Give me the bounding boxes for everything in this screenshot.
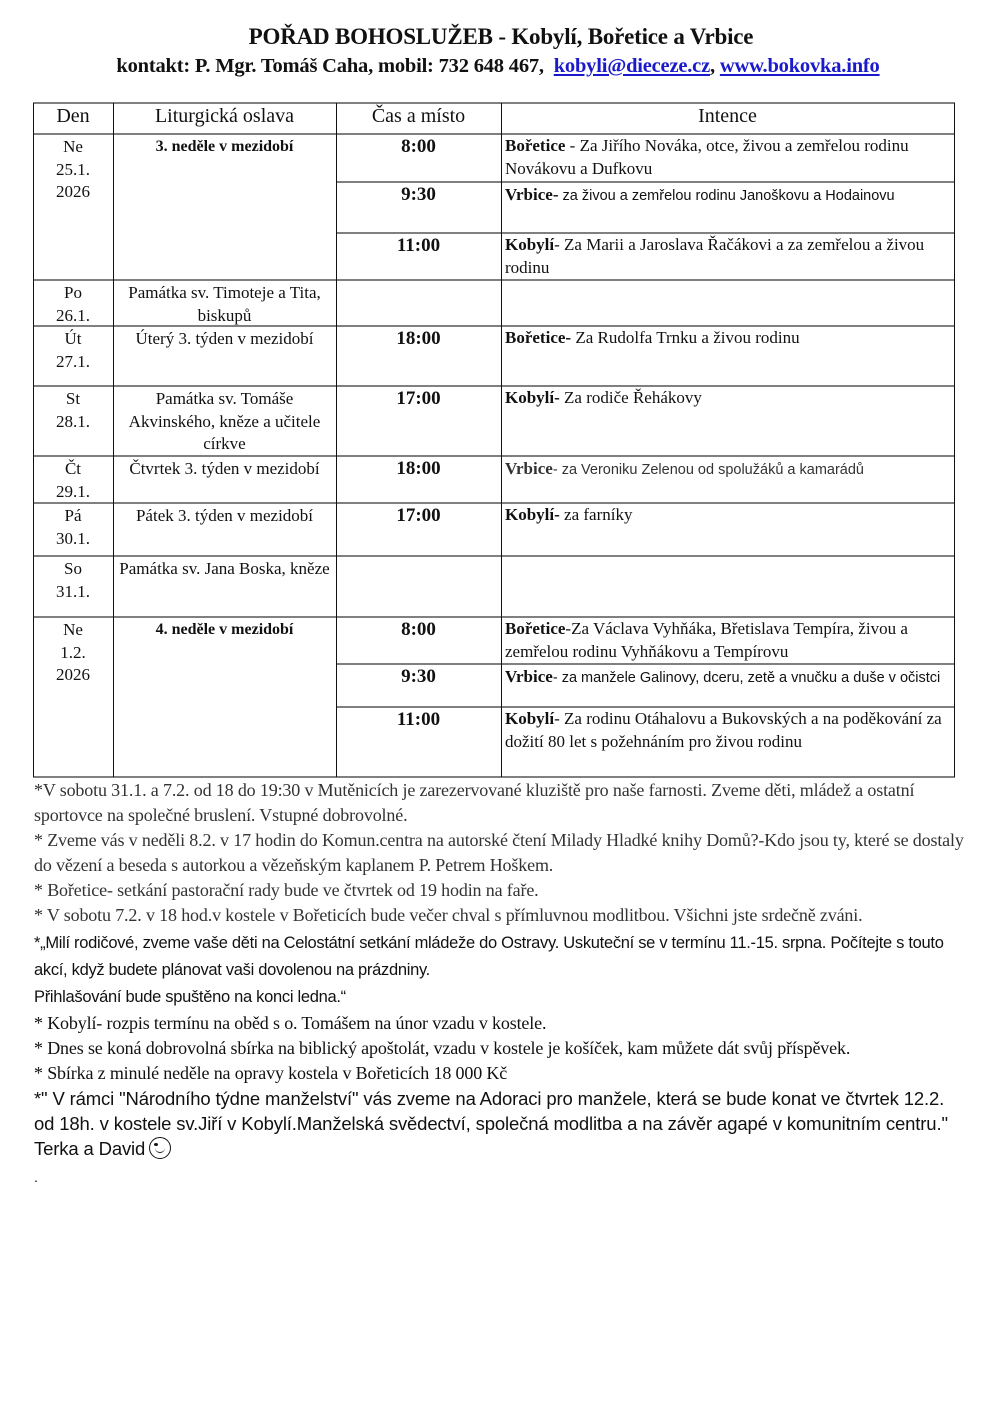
note-marriage-adoration: *" V rámci "Národního týdne manželství" … bbox=[34, 1086, 964, 1136]
mass-time: 18:00 bbox=[336, 327, 501, 351]
winking-smiley-icon bbox=[149, 1137, 171, 1159]
intention-text: za farníky bbox=[560, 505, 633, 524]
mass-place: Bořetice bbox=[505, 136, 565, 155]
intention-text: - za manžele Galinovy, dceru, zetě a vnu… bbox=[553, 670, 940, 686]
intention-cell: Kobylí- Za Marii a Jaroslava Řačákovi a … bbox=[502, 234, 951, 279]
intention-cell: Vrbice- za manžele Galinovy, dceru, zetě… bbox=[502, 665, 951, 688]
intention-cell: Bořetice- Za Rudolfa Trnku a živou rodin… bbox=[502, 327, 951, 350]
note-pastoral-council: * Bořetice- setkání pastorační rady bude… bbox=[34, 878, 964, 903]
mass-time: 11:00 bbox=[336, 234, 501, 258]
day-cell: Po26.1. bbox=[33, 282, 113, 327]
day-cell: So31.1. bbox=[33, 558, 113, 603]
intention-cell: Kobylí- za farníky bbox=[502, 504, 951, 527]
celebration-cell: 4. neděle v mezidobí bbox=[119, 619, 330, 642]
celebration-cell: Památka sv. Tomáše Akvinského, kněze a u… bbox=[119, 388, 330, 456]
table-grid-line bbox=[336, 103, 337, 777]
day-cell: St28.1. bbox=[33, 388, 113, 433]
mass-time: 11:00 bbox=[336, 708, 501, 732]
day-cell: Čt29.1. bbox=[33, 458, 113, 503]
mass-time: 9:30 bbox=[336, 183, 501, 207]
note-praise-evening: * V sobotu 7.2. v 18 hod.v kostele v Boř… bbox=[34, 903, 964, 928]
celebration-cell: Památka sv. Jana Boska, kněze bbox=[119, 558, 330, 581]
mass-place: Vrbice bbox=[505, 459, 553, 478]
intention-cell: Bořetice-Za Václava Vyhňáka, Břetislava … bbox=[502, 618, 951, 663]
column-header: Intence bbox=[501, 103, 954, 134]
trailing-dot: . bbox=[34, 1165, 964, 1190]
day-cell: Ne1.2.2026 bbox=[33, 619, 113, 687]
table-grid-line bbox=[33, 103, 34, 777]
page-title: POŘAD BOHOSLUŽEB - Kobylí, Bořetice a Vr… bbox=[0, 24, 992, 50]
day-cell: Ne25.1.2026 bbox=[33, 136, 113, 204]
mass-time: 9:30 bbox=[336, 665, 501, 689]
celebration-cell: Čtvrtek 3. týden v mezidobí bbox=[119, 458, 330, 481]
intention-text: Za Rudolfa Trnku a živou rodinu bbox=[571, 328, 800, 347]
website-link[interactable]: www.bokovka.info bbox=[720, 55, 880, 77]
intention-cell: Kobylí- Za rodiče Řehákovy bbox=[502, 387, 951, 410]
table-grid-line bbox=[954, 103, 955, 777]
mass-time: 18:00 bbox=[336, 457, 501, 481]
intention-text: za živou a zemřelou rodinu Janoškovu a H… bbox=[559, 188, 895, 204]
mass-time: 8:00 bbox=[336, 135, 501, 159]
intention-cell: Bořetice - Za Jiřího Nováka, otce, živou… bbox=[502, 135, 951, 180]
note-collection-result: * Sbírka z minulé neděle na opravy koste… bbox=[34, 1061, 964, 1086]
table-grid-line bbox=[33, 279, 955, 281]
intention-text: Za rodiče Řehákovy bbox=[560, 388, 702, 407]
column-header: Liturgická oslava bbox=[113, 103, 336, 134]
table-grid-line bbox=[113, 103, 114, 777]
intention-cell: Kobylí- Za rodinu Otáhalovu a Bukovských… bbox=[502, 708, 951, 753]
intention-text: - Za rodinu Otáhalovu a Bukovských a na … bbox=[505, 709, 942, 751]
note-book-reading: * Zveme vás v neděli 8.2. v 17 hodin do … bbox=[34, 828, 964, 878]
note-lunch-schedule: * Kobylí- rozpis termínu na oběd s o. To… bbox=[34, 1011, 964, 1036]
intention-text: - za Veroniku Zelenou od spolužáků a kam… bbox=[553, 462, 864, 478]
celebration-cell: Pátek 3. týden v mezidobí bbox=[119, 505, 330, 528]
signature-text: Terka a David bbox=[34, 1138, 145, 1159]
mass-time: 17:00 bbox=[336, 387, 501, 411]
note-bible-collection: * Dnes se koná dobrovolná sbírka na bibl… bbox=[34, 1036, 964, 1061]
mass-place: Kobylí- bbox=[505, 388, 560, 407]
mass-place: Bořetice- bbox=[505, 328, 571, 347]
day-cell: Út27.1. bbox=[33, 328, 113, 373]
celebration-cell: Památka sv. Timoteje a Tita, biskupů bbox=[119, 282, 330, 327]
mass-place: Bořetice bbox=[505, 619, 565, 638]
celebration-cell: 3. neděle v mezidobí bbox=[119, 136, 330, 159]
intention-text: - Za Marii a Jaroslava Řačákovi a za zem… bbox=[505, 235, 924, 277]
announcements: *V sobotu 31.1. a 7.2. od 18 do 19:30 v … bbox=[34, 778, 964, 1190]
intention-cell: Vrbice- za živou a zemřelou rodinu Janoš… bbox=[502, 183, 951, 206]
signature: Terka a David bbox=[34, 1136, 964, 1161]
mass-place: Vrbice- bbox=[505, 185, 559, 204]
mass-place: Kobylí bbox=[505, 235, 554, 254]
mass-place: Kobylí- bbox=[505, 505, 560, 524]
day-cell: Pá30.1. bbox=[33, 505, 113, 550]
contact-separator: , bbox=[710, 55, 715, 77]
table-grid-line bbox=[501, 103, 502, 777]
intention-text: -Za Václava Vyhňáka, Břetislava Tempíra,… bbox=[505, 619, 908, 661]
intention-cell: Vrbice- za Veroniku Zelenou od spolužáků… bbox=[502, 457, 951, 480]
mass-place: Kobylí bbox=[505, 709, 554, 728]
table-grid-line bbox=[33, 555, 955, 557]
column-header: Den bbox=[33, 103, 113, 134]
contact-text: kontakt: P. Mgr. Tomáš Caha, mobil: 732 … bbox=[116, 55, 543, 77]
celebration-cell: Úterý 3. týden v mezidobí bbox=[119, 328, 330, 351]
email-link[interactable]: kobyli@dieceze.cz bbox=[554, 55, 710, 77]
mass-place: Vrbice bbox=[505, 667, 553, 686]
intention-text: - Za Jiřího Nováka, otce, živou a zemřel… bbox=[505, 136, 909, 178]
mass-time: 17:00 bbox=[336, 504, 501, 528]
note-skating: *V sobotu 31.1. a 7.2. od 18 do 19:30 v … bbox=[34, 778, 964, 828]
contact-line: kontakt: P. Mgr. Tomáš Caha, mobil: 732 … bbox=[0, 55, 992, 78]
note-youth-meeting: *„Milí rodičové, zveme vaše děti na Celo… bbox=[34, 930, 964, 984]
note-youth-registration: Přihlašování bude spuštěno na konci ledn… bbox=[34, 984, 964, 1011]
mass-time: 8:00 bbox=[336, 618, 501, 642]
column-header: Čas a místo bbox=[336, 103, 501, 134]
